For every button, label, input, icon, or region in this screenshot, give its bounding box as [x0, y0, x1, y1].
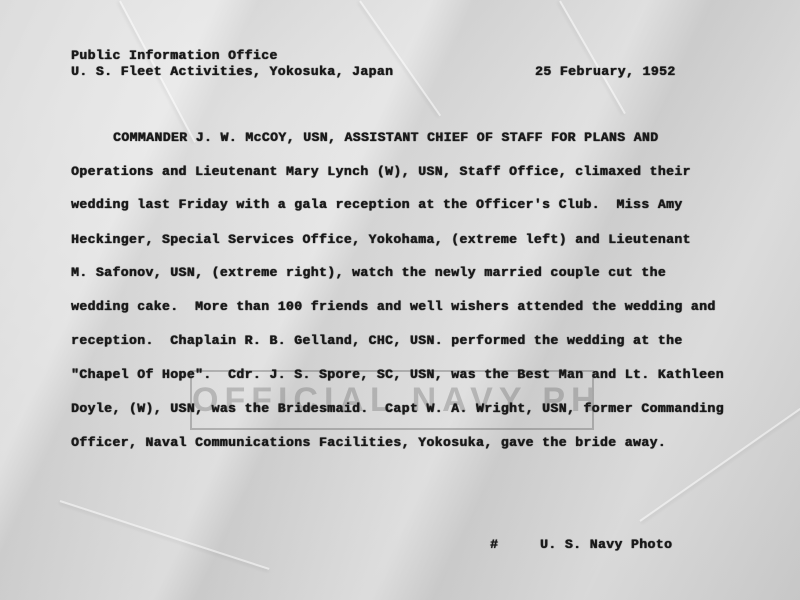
body-line: M. Safonov, USN, (extreme right), watch …	[71, 265, 666, 280]
body-line: wedding last Friday with a gala receptio…	[71, 197, 683, 212]
paper-crease	[559, 1, 626, 115]
body-line: reception. Chaplain R. B. Gelland, CHC, …	[71, 333, 683, 348]
paper-crease	[60, 500, 270, 570]
body-line: Operations and Lieutenant Mary Lynch (W)…	[71, 164, 691, 179]
body-line: "Chapel Of Hope". Cdr. J. S. Spore, SC, …	[71, 367, 724, 382]
document-date: 25 February, 1952	[535, 64, 675, 79]
end-mark: #	[490, 537, 498, 552]
photo-credit: U. S. Navy Photo	[540, 537, 672, 552]
paper-crease	[359, 0, 441, 116]
body-line: COMMANDER J. W. McCOY, USN, ASSISTANT CH…	[113, 130, 658, 145]
body-line: wedding cake. More than 100 friends and …	[71, 299, 716, 314]
body-line: Heckinger, Special Services Office, Yoko…	[71, 232, 691, 247]
body-line: Doyle, (W), USN, was the Bridesmaid. Cap…	[71, 401, 724, 416]
office-location: U. S. Fleet Activities, Yokosuka, Japan	[71, 64, 393, 79]
paper-crease	[639, 405, 800, 521]
office-name: Public Information Office	[71, 48, 278, 63]
body-line: Officer, Naval Communications Facilities…	[71, 435, 666, 450]
